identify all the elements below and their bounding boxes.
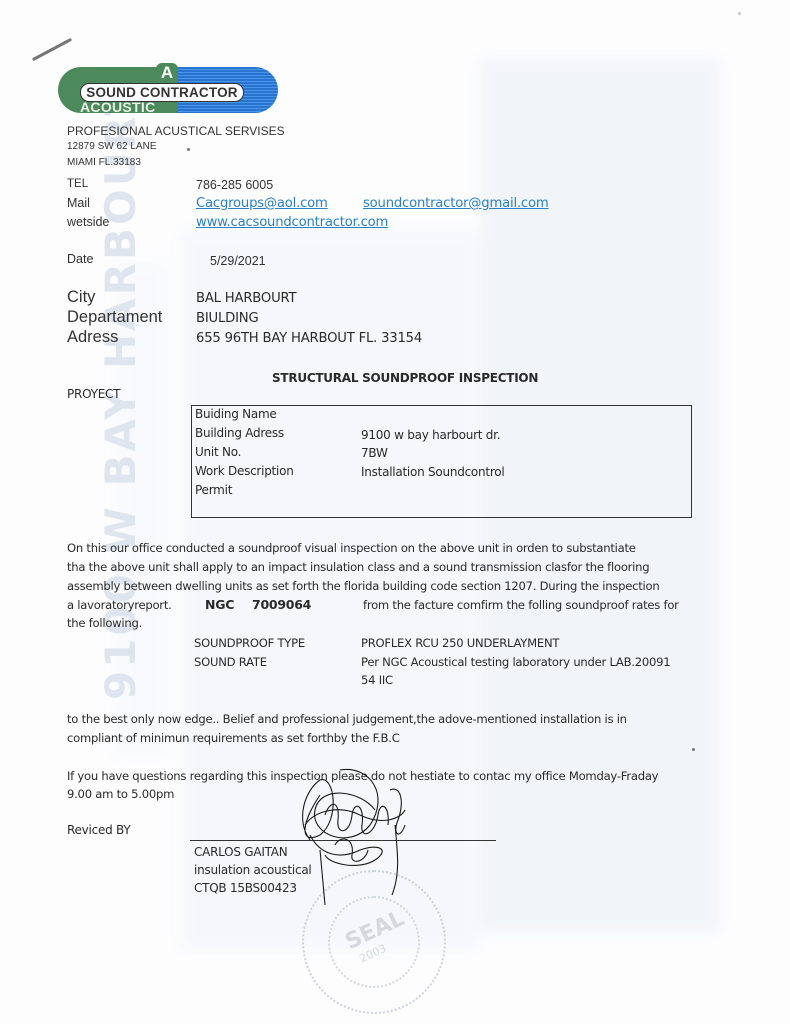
body-text-line: tha the above unit shall apply to an imp… [67, 560, 649, 574]
date-label: Date [67, 252, 93, 266]
scan-speck [738, 12, 741, 15]
body-text-line: a lavoratoryreport. [67, 598, 172, 612]
scan-speck [187, 148, 190, 151]
scan-mark [32, 38, 72, 61]
project-row-label: Building Adress [195, 426, 284, 440]
body-text-line: assembly between dwelling units as set f… [67, 579, 659, 593]
website-label: wetside [67, 215, 109, 229]
department-value: BIULDING [196, 311, 258, 326]
website-link[interactable]: www.cacsoundcontractor.com [196, 215, 388, 230]
address-value: 655 96TH BAY HARBOUT FL. 33154 [196, 331, 422, 346]
project-row-label: Permit [195, 483, 232, 497]
project-row-value: 7BW [361, 446, 388, 460]
document-title: STRUCTURAL SOUNDPROOF INSPECTION [272, 371, 538, 385]
project-label: PROYECT [67, 387, 120, 401]
signer-name: CARLOS GAITAN [194, 845, 287, 859]
project-row-label: Unit No. [195, 445, 241, 459]
mail-label: Mail [67, 196, 90, 210]
body-text-line: On this our office conducted a soundproo… [67, 541, 636, 555]
address-label: Adress [67, 328, 118, 347]
project-details-box [191, 405, 692, 518]
department-label: Departament [67, 308, 162, 327]
project-row-label: Buiding Name [195, 407, 277, 421]
soundproof-type-label: SOUNDPROOF TYPE [194, 636, 305, 650]
logo-subname: ACOUSTIC [80, 99, 156, 115]
project-row-value: 9100 w bay harbourt dr. [361, 428, 500, 442]
city-value: BAL HARBOURT [196, 291, 296, 306]
project-row-label: Work Description [195, 464, 294, 478]
lab-name: NGC [205, 597, 234, 612]
sound-rate-value: Per NGC Acoustical testing laboratory un… [361, 655, 670, 669]
lab-report-number: 7009064 [252, 597, 311, 612]
scan-speck [692, 748, 695, 751]
body-text-line: from the facture comfirm the folling sou… [363, 598, 679, 612]
company-address-line1: 12879 SW 62 LANE [67, 141, 157, 152]
city-label: City [67, 288, 95, 307]
tel-value: 786-285 6005 [196, 178, 273, 192]
body-text-line: 9.00 am to 5.00pm [67, 787, 174, 801]
company-logo: A SOUND CONTRACTOR ACOUSTIC [58, 63, 278, 113]
company-tagline: PROFESIONAL ACUSTICAL SERVISES [67, 124, 285, 138]
sound-rate-value-cont: 54 IIC [361, 673, 393, 687]
tel-label: TEL [67, 178, 88, 190]
project-row-value: Installation Soundcontrol [361, 465, 504, 479]
email-link-primary[interactable]: Cacgroups@aol.com [196, 196, 328, 211]
company-address-line2: MIAMI FL.33183 [67, 157, 141, 168]
email-link-secondary[interactable]: soundcontractor@gmail.com [363, 196, 548, 211]
body-text-line: to the best only now edge.. Belief and p… [67, 712, 627, 726]
body-text-line: compliant of minimun requirements as set… [67, 731, 400, 745]
date-value: 5/29/2021 [210, 254, 266, 268]
soundproof-type-value: PROFLEX RCU 250 UNDERLAYMENT [361, 636, 559, 650]
sound-rate-label: SOUND RATE [194, 655, 267, 669]
body-text-line: the following. [67, 616, 142, 630]
logo-letter: A [156, 63, 178, 83]
revised-by-label: Reviced BY [67, 823, 130, 837]
handwritten-signature [280, 765, 430, 905]
